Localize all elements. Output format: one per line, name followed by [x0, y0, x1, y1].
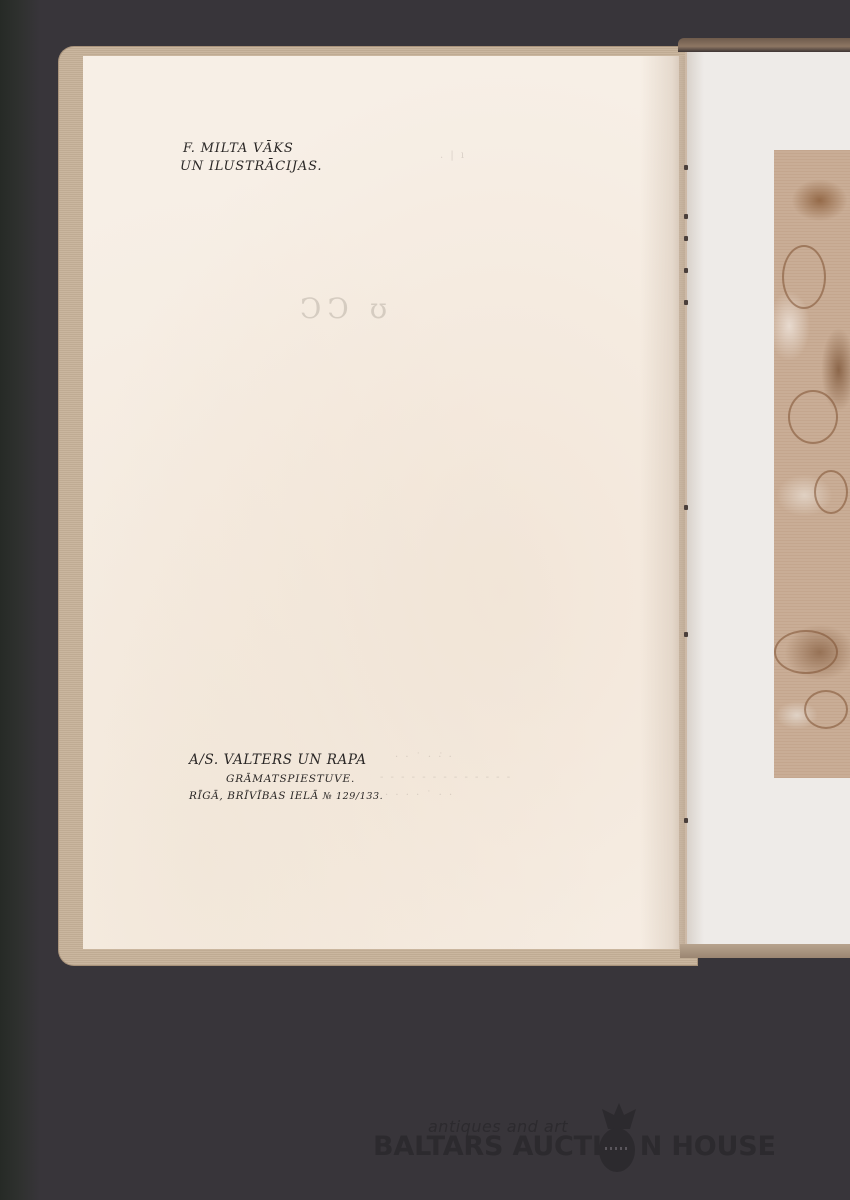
illustration-credit-line2: UN ILUSTRĀCIJAS. — [180, 159, 322, 174]
publisher-name: A/S. VALTERS UN RAPA — [189, 752, 367, 768]
bleed-through-text: · · · · ˙ · · — [385, 790, 454, 801]
right-cover-bottom-edge — [680, 944, 850, 958]
illustration-stroke — [788, 390, 838, 444]
background-shadow — [0, 0, 40, 1200]
illustration-stroke — [774, 630, 838, 674]
stitch-mark — [684, 236, 688, 241]
gutter-shadow — [640, 56, 686, 949]
publisher-number: № 129/133. — [323, 791, 384, 802]
left-page — [83, 56, 679, 949]
bleed-through-text: · · ˙ · ·͘ · — [395, 752, 454, 763]
watermark-brand-part2: N HOUSE — [640, 1131, 776, 1162]
publisher-address: RĪGĀ, BRĪVĪBAS IELĀ № 129/133. — [189, 790, 383, 802]
watermark-brand: BALTARS AUCTIN HOUSE — [373, 1131, 776, 1162]
bleed-through-text: - - - - - - - - - - - - - — [380, 772, 512, 783]
publisher-street: RĪGĀ, BRĪVĪBAS IELĀ — [189, 790, 319, 802]
bleed-through-text: ϽϽ ʊ — [300, 292, 393, 325]
stitch-mark — [684, 300, 688, 305]
illustration-stroke — [782, 245, 826, 309]
sepia-illustration — [774, 150, 850, 778]
right-cover-top-edge — [678, 38, 850, 52]
stitch-mark — [684, 505, 688, 510]
stitch-mark — [684, 268, 688, 273]
stitch-mark — [684, 214, 688, 219]
stitch-mark — [684, 165, 688, 170]
bleed-through-text: . | ı — [440, 150, 466, 161]
crown-icon — [600, 1103, 638, 1131]
illustration-credit-line1: F. MILTA VĀKS — [183, 141, 294, 156]
illustration-stroke — [804, 690, 848, 729]
stitch-mark — [684, 632, 688, 637]
publisher-type: GRĀMATSPIESTUVE. — [226, 773, 355, 785]
watermark-brand-part1: BALTARS AUCTI — [373, 1131, 602, 1162]
illustration-stroke — [814, 470, 848, 514]
spine-line — [685, 52, 687, 944]
stitch-mark — [684, 818, 688, 823]
